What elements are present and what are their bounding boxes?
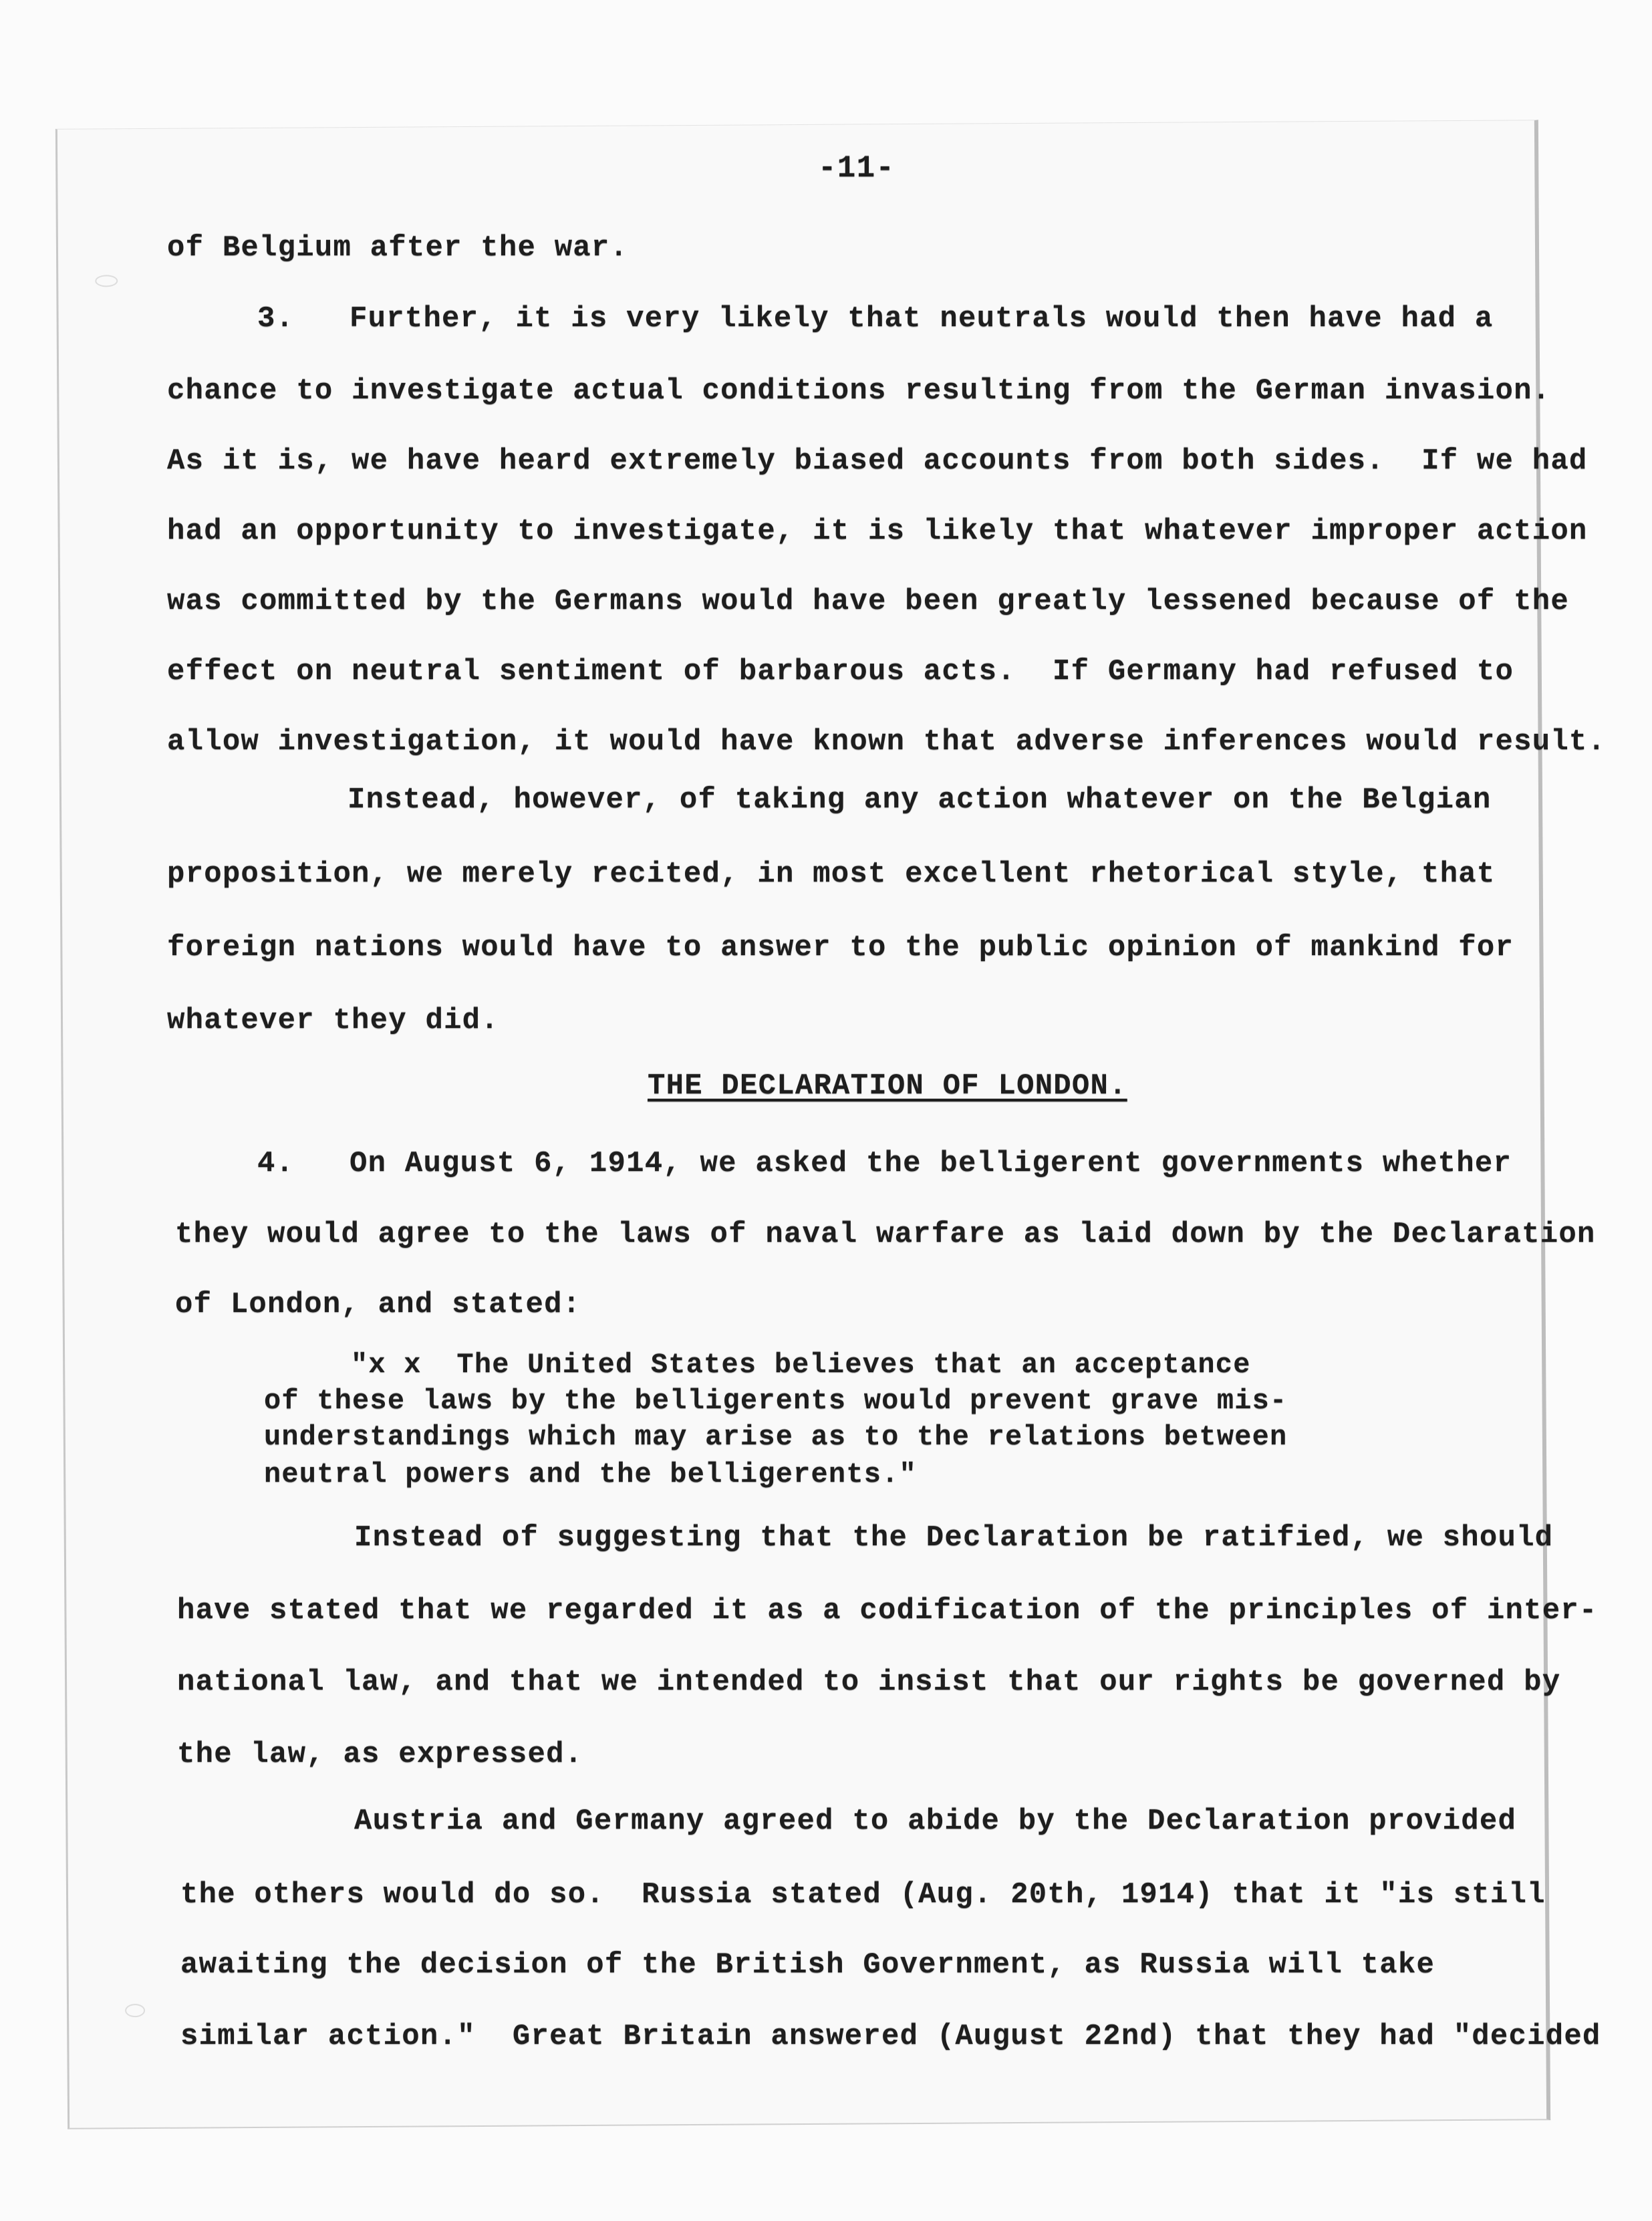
text-line: effect on neutral sentiment of barbarous… [167, 655, 1514, 688]
text-line: Instead, however, of taking any action w… [348, 783, 1491, 817]
text-line: Instead of suggesting that the Declarati… [354, 1521, 1553, 1555]
text-line: of Belgium after the war. [167, 231, 628, 265]
text-line: whatever they did. [167, 1004, 499, 1037]
page-number: -11- [818, 151, 895, 186]
text-line: 3. Further, it is very likely that neutr… [257, 302, 1494, 336]
text-line: proposition, we merely recited, in most … [167, 858, 1496, 891]
text-line: national law, and that we intended to in… [177, 1666, 1560, 1699]
text-line: 4. On August 6, 1914, we asked the belli… [257, 1147, 1512, 1180]
text-line: of London, and stated: [175, 1288, 581, 1321]
text-line: foreign nations would have to answer to … [167, 931, 1514, 964]
punch-hole-mark [125, 2004, 145, 2017]
text-line: have stated that we regarded it as a cod… [177, 1594, 1598, 1627]
text-line: allow investigation, it would have known… [167, 725, 1606, 759]
block-quote-line: of these laws by the belligerents would … [264, 1385, 1287, 1417]
block-quote-line: "x x The United States believes that an … [351, 1349, 1251, 1381]
block-quote-line: understandings which may arise as to the… [264, 1421, 1287, 1453]
text-line: the others would do so. Russia stated (A… [180, 1878, 1546, 1912]
text-line: similar action." Great Britain answered … [180, 2020, 1601, 2053]
text-line: was committed by the Germans would have … [167, 585, 1569, 618]
block-quote-line: neutral powers and the belligerents." [264, 1458, 917, 1490]
text-line: awaiting the decision of the British Gov… [180, 1948, 1435, 1982]
punch-hole-mark [95, 275, 118, 287]
text-line: had an opportunity to investigate, it is… [167, 515, 1588, 548]
text-line: As it is, we have heard extremely biased… [167, 444, 1588, 478]
text-line: chance to investigate actual conditions … [167, 374, 1550, 408]
text-line: Austria and Germany agreed to abide by t… [354, 1805, 1516, 1838]
text-line: they would agree to the laws of naval wa… [175, 1218, 1596, 1251]
text-line: the law, as expressed. [177, 1738, 583, 1771]
section-heading: THE DECLARATION OF LONDON. [648, 1069, 1127, 1103]
